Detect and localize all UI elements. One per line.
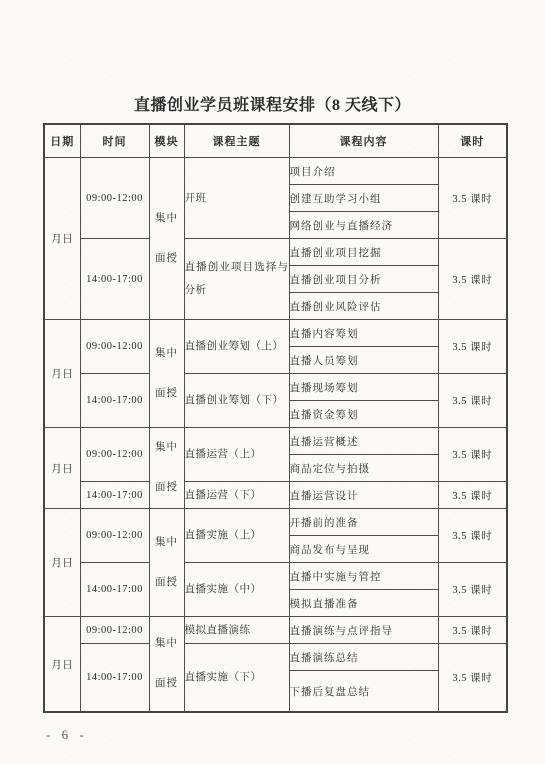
table-header: 日期时间模块课程主题课程内容课时 [44,124,507,158]
content-cell: 开播前的准备 [289,509,438,536]
course-schedule-table: 日期时间模块课程主题课程内容课时 月日09:00-12:00集中面授开班项目介绍… [43,123,508,713]
table-row: 月日09:00-12:00集中面授直播实施（上）开播前的准备3.5 课时 [44,509,507,536]
time-cell: 09:00-12:00 [80,617,149,644]
theme-cell: 直播实施（上） [184,509,289,563]
content-cell: 下播后复盘总结 [289,671,438,713]
header-cell: 模块 [149,124,184,158]
module-cell: 集中面授 [149,428,184,509]
content-cell: 创建互助学习小组 [289,185,438,212]
time-cell: 09:00-12:00 [80,158,149,239]
time-cell: 14:00-17:00 [80,482,149,509]
header-cell: 课时 [438,124,507,158]
hours-cell: 3.5 课时 [438,374,507,428]
content-cell: 直播内容筹划 [289,320,438,347]
hours-cell: 3.5 课时 [438,158,507,239]
module-cell: 集中面授 [149,509,184,617]
header-cell: 课程内容 [289,124,438,158]
time-cell: 14:00-17:00 [80,563,149,617]
table-row: 14:00-17:00直播创业项目选择与分析直播创业项目挖掘3.5 课时 [44,239,507,266]
date-cell: 月日 [44,158,80,320]
date-cell: 月日 [44,320,80,428]
header-cell: 课程主题 [184,124,289,158]
theme-cell: 模拟直播演练 [184,617,289,644]
hours-cell: 3.5 课时 [438,563,507,617]
header-row: 日期时间模块课程主题课程内容课时 [44,124,507,158]
content-cell: 直播资金筹划 [289,401,438,428]
table-row: 14:00-17:00直播实施（下）直播演练总结3.5 课时 [44,644,507,671]
page-number: - 6 - [46,727,88,743]
theme-cell: 直播创业项目选择与分析 [184,239,289,320]
module-cell: 集中面授 [149,158,184,320]
theme-cell: 直播实施（中） [184,563,289,617]
date-cell: 月日 [44,617,80,713]
content-cell: 直播人员筹划 [289,347,438,374]
content-cell: 直播创业项目分析 [289,266,438,293]
table-row: 14:00-17:00直播创业筹划（下）直播现场筹划3.5 课时 [44,374,507,401]
date-cell: 月日 [44,428,80,509]
time-cell: 14:00-17:00 [80,374,149,428]
module-cell: 集中面授 [149,617,184,713]
hours-cell: 3.5 课时 [438,482,507,509]
date-cell: 月日 [44,509,80,617]
table-row: 月日09:00-12:00集中面授直播创业筹划（上）直播内容筹划3.5 课时 [44,320,507,347]
theme-cell: 直播运营（下） [184,482,289,509]
table-row: 月日09:00-12:00集中面授直播运营（上）直播运营概述3.5 课时 [44,428,507,455]
document-page: 直播创业学员班课程安排（8 天线下） 日期时间模块课程主题课程内容课时 月日09… [0,0,545,764]
theme-cell: 开班 [184,158,289,239]
content-cell: 网络创业与直播经济 [289,212,438,239]
time-cell: 14:00-17:00 [80,644,149,713]
content-cell: 直播运营设计 [289,482,438,509]
table-row: 月日09:00-12:00集中面授开班项目介绍3.5 课时 [44,158,507,185]
content-cell: 商品发布与呈现 [289,536,438,563]
theme-cell: 直播运营（上） [184,428,289,482]
table-row: 月日09:00-12:00集中面授模拟直播演练直播演练与点评指导3.5 课时 [44,617,507,644]
header-cell: 日期 [44,124,80,158]
table-row: 14:00-17:00直播运营（下）直播运营设计3.5 课时 [44,482,507,509]
time-cell: 14:00-17:00 [80,239,149,320]
content-cell: 项目介绍 [289,158,438,185]
time-cell: 09:00-12:00 [80,320,149,374]
hours-cell: 3.5 课时 [438,320,507,374]
content-cell: 直播现场筹划 [289,374,438,401]
table-body: 月日09:00-12:00集中面授开班项目介绍3.5 课时创建互助学习小组网络创… [44,158,507,713]
hours-cell: 3.5 课时 [438,644,507,713]
hours-cell: 3.5 课时 [438,509,507,563]
theme-cell: 直播实施（下） [184,644,289,713]
content-cell: 商品定位与拍摄 [289,455,438,482]
hours-cell: 3.5 课时 [438,617,507,644]
content-cell: 模拟直播准备 [289,590,438,617]
theme-cell: 直播创业筹划（下） [184,374,289,428]
header-cell: 时间 [80,124,149,158]
theme-cell: 直播创业筹划（上） [184,320,289,374]
content-cell: 直播演练总结 [289,644,438,671]
hours-cell: 3.5 课时 [438,239,507,320]
page-title: 直播创业学员班课程安排（8 天线下） [0,92,545,115]
content-cell: 直播运营概述 [289,428,438,455]
module-cell: 集中面授 [149,320,184,428]
time-cell: 09:00-12:00 [80,509,149,563]
content-cell: 直播创业项目挖掘 [289,239,438,266]
content-cell: 直播演练与点评指导 [289,617,438,644]
table-row: 14:00-17:00直播实施（中）直播中实施与管控3.5 课时 [44,563,507,590]
hours-cell: 3.5 课时 [438,428,507,482]
content-cell: 直播中实施与管控 [289,563,438,590]
content-cell: 直播创业风险评估 [289,293,438,320]
time-cell: 09:00-12:00 [80,428,149,482]
